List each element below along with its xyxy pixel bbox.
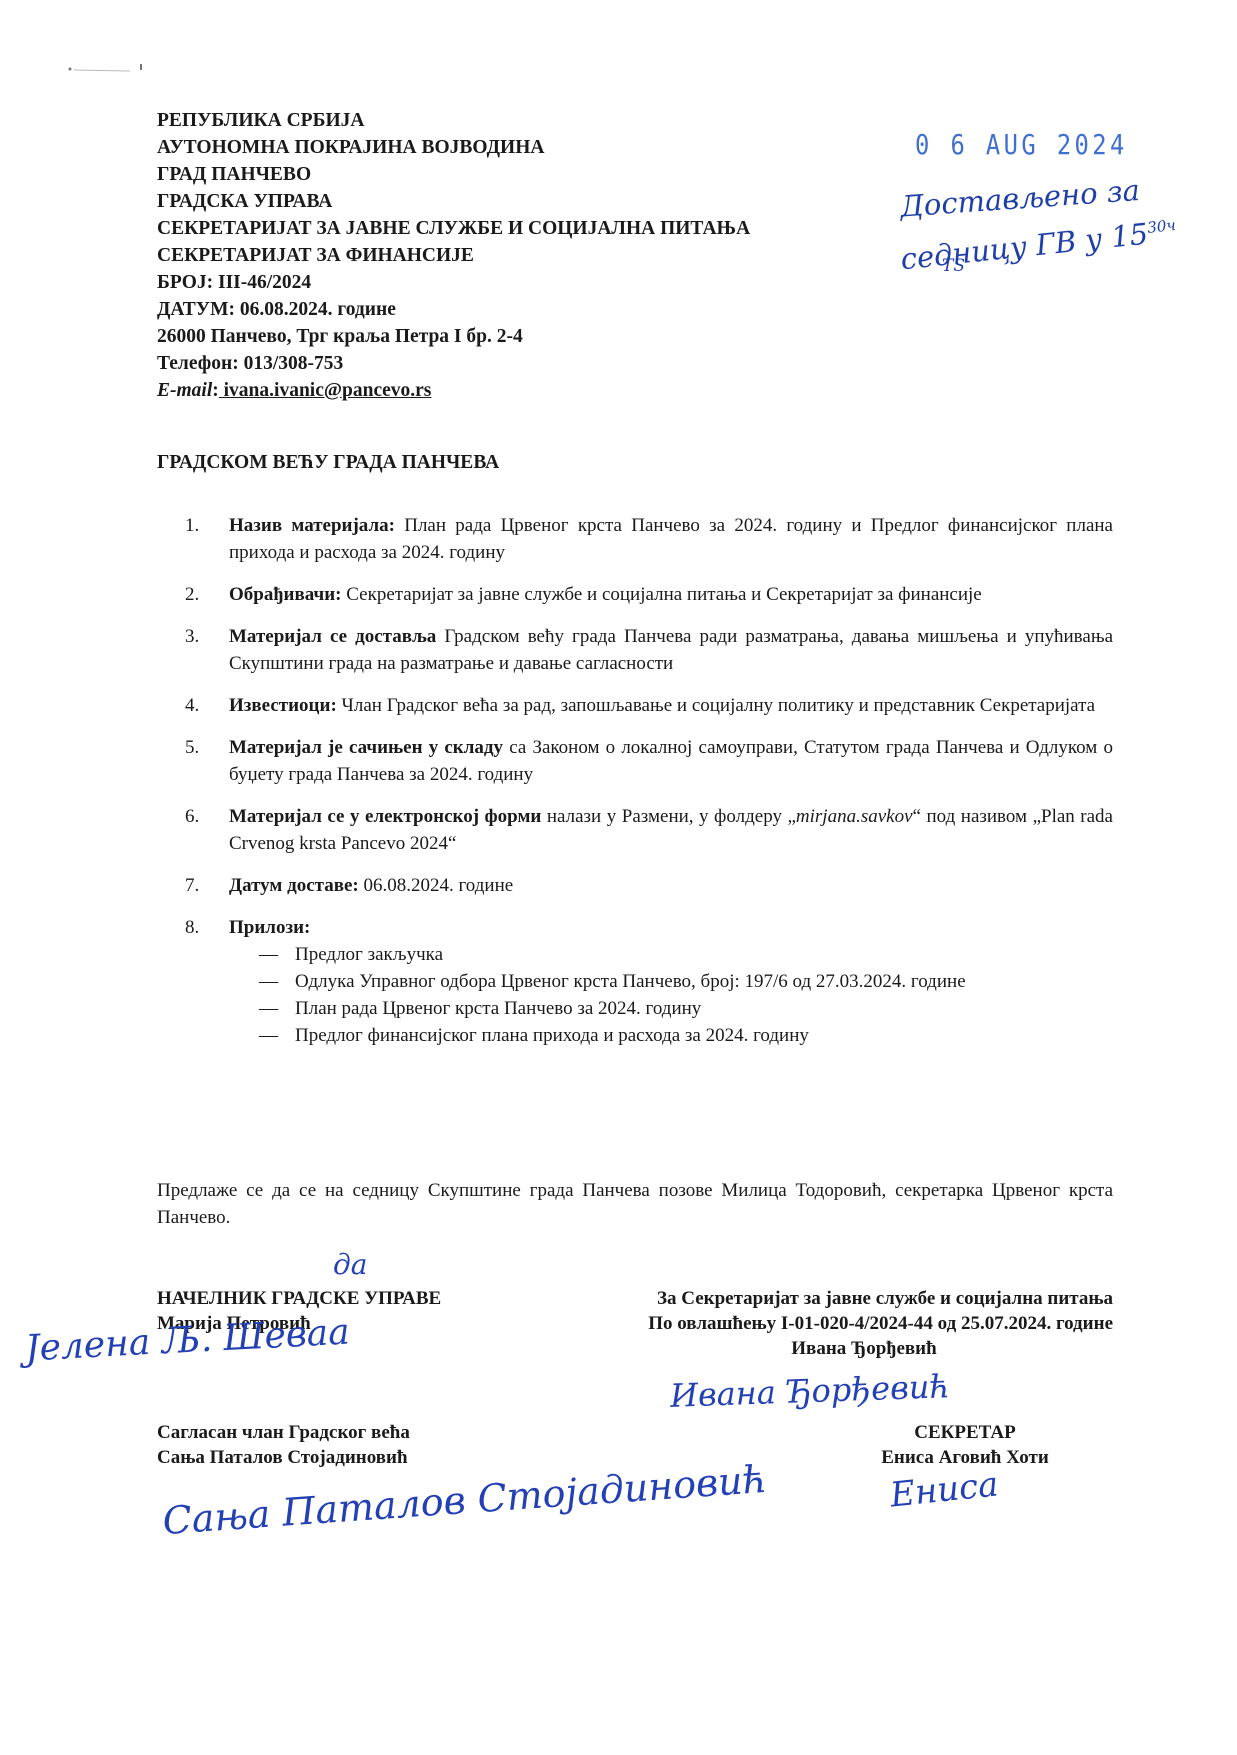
material-items-list: 1.Назив материјала: План рада Црвеног кр…: [185, 512, 1113, 1049]
list-item: 6.Материјал се у електронској форми нала…: [185, 803, 1113, 857]
address: 26000 Панчево, Трг краља Петра I бр. 2-4: [157, 323, 750, 350]
signature-block-secretary: СЕКРЕТАР Ениса Аговић Хоти: [850, 1420, 1080, 1470]
handwritten-time: 30ч: [1146, 216, 1176, 237]
list-item: 3.Материјал се доставља Градском већу гр…: [185, 623, 1113, 677]
attachments-list: —Предлог закључка —Одлука Управног одбор…: [229, 941, 1113, 1049]
addressee: ГРАДСКОМ ВЕЋУ ГРАДА ПАНЧЕВА: [157, 452, 499, 474]
folder-name: mirjana.savkov: [796, 806, 913, 827]
signature-secretariat: Ивана Ђорђевић: [669, 1367, 950, 1415]
header-line: АУТОНОМНА ПОКРАЈИНА ВОЈВОДИНА: [157, 134, 750, 161]
email-label: E-mail: [157, 380, 212, 401]
received-date-stamp: 0 6 AUG 2024: [915, 128, 1128, 161]
list-item: 8.Прилози: —Предлог закључка —Одлука Упр…: [185, 914, 1113, 1049]
scan-artifact: [60, 62, 150, 74]
list-item: 2.Обрађивачи: Секретаријат за јавне служ…: [185, 581, 1113, 608]
handwritten-delivery-note: Достављено за седницу ГВ у 1530ч ТЅ: [900, 180, 1177, 276]
list-item: 4.Известиоци: Члан Градског већа за рад,…: [185, 692, 1113, 719]
attachment-item: —Одлука Управног одбора Црвеног крста Па…: [229, 968, 1113, 995]
header-line: ГРАДСКА УПРАВА: [157, 188, 750, 215]
list-item: 1.Назив материјала: План рада Црвеног кр…: [185, 512, 1113, 566]
handwritten-da-mark: да: [333, 1248, 367, 1281]
signature-block-secretariat: За Секретаријат за јавне службе и соција…: [505, 1286, 1113, 1361]
list-item: 5.Материјал је сачињен у складу са Закон…: [185, 734, 1113, 788]
handwritten-note-line: Достављено за: [899, 170, 1178, 223]
attachment-item: —План рада Црвеног крста Панчево за 2024…: [229, 995, 1113, 1022]
signature-block-council: Сагласан члан Градског већа Сања Паталов…: [157, 1420, 410, 1470]
attachment-item: —Предлог финансијског плана прихода и ра…: [229, 1022, 1113, 1049]
email-link[interactable]: ivana.ivanic@pancevo.rs: [219, 380, 432, 401]
proposal-paragraph: Предлаже се да се на седницу Скупштине г…: [157, 1177, 1113, 1231]
phone: Телефон: 013/308-753: [157, 350, 750, 377]
header-line: СЕКРЕТАРИЈАТ ЗА ЈАВНЕ СЛУЖБЕ И СОЦИЈАЛНА…: [157, 215, 750, 242]
header-line: ГРАД ПАНЧЕВО: [157, 161, 750, 188]
sender-header: РЕПУБЛИКА СРБИЈА АУТОНОМНА ПОКРАЈИНА ВОЈ…: [157, 107, 750, 404]
signature-secretary: Ениса: [888, 1464, 1000, 1515]
document-date: ДАТУМ: 06.08.2024. године: [157, 296, 750, 323]
header-line: СЕКРЕТАРИЈАТ ЗА ФИНАНСИЈЕ: [157, 242, 750, 269]
email-line: E-mail: ivana.ivanic@pancevo.rs: [157, 377, 750, 404]
list-item: 7.Датум доставе: 06.08.2024. године: [185, 872, 1113, 899]
header-line: РЕПУБЛИКА СРБИЈА: [157, 107, 750, 134]
document-number: БРОЈ: III-46/2024: [157, 269, 750, 296]
attachment-item: —Предлог закључка: [229, 941, 1113, 968]
signature-head: Јелена Љ. Шеваа: [24, 1312, 350, 1370]
